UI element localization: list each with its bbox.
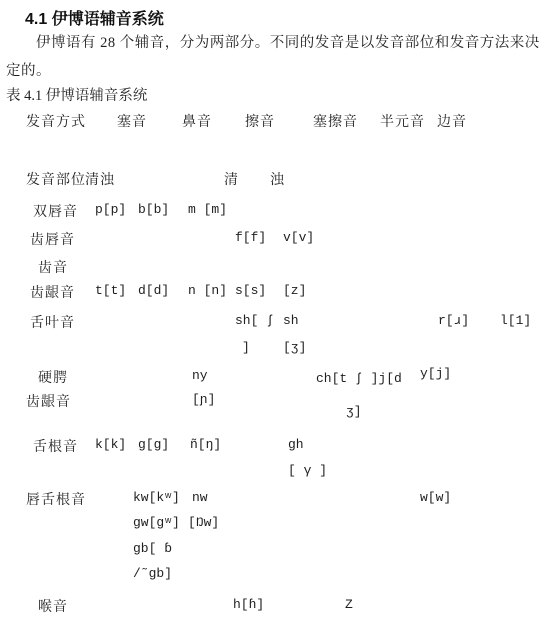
- cell-alveolar-t: t[t]: [95, 283, 126, 298]
- table-caption: 表 4.1 伊博语辅音系统: [6, 84, 147, 105]
- cell-bilabial-m: m [m]: [188, 202, 227, 217]
- cell-palatal-ch-line2: ʒ]: [346, 404, 362, 419]
- cell-pa-sh-line1: sh[ ʃ: [235, 313, 274, 328]
- cell-lv-gb-line2: /˜gb]: [133, 566, 172, 581]
- row-header-place: 发音部位: [26, 169, 86, 189]
- cell-alveolar-n: n [n]: [188, 283, 227, 298]
- cell-pa-zh-line1: sh: [283, 313, 299, 328]
- cell-glottal-z: Z: [345, 597, 353, 612]
- cell-velar-gh-line2: [ γ ]: [288, 463, 327, 478]
- col-header-semivowel: 半元音: [380, 111, 425, 131]
- row-label-palatoalveolar: 舌叶音: [30, 312, 75, 332]
- cell-alveolar-s: s[s]: [235, 283, 266, 298]
- paragraph-line: 定的。: [6, 59, 51, 80]
- cell-velar-ng: ñ[ŋ]: [190, 437, 221, 452]
- cell-bilabial-p: p[p]: [95, 202, 126, 217]
- cell-lv-nw: nw: [192, 490, 208, 505]
- col-header-lateral: 边音: [437, 111, 467, 131]
- cell-labiodental-f: f[f]: [235, 230, 266, 245]
- cell-glottal-h: h[ɦ]: [233, 597, 264, 612]
- row-label-alveolar: 齿龈音: [30, 282, 75, 302]
- paragraph-line: 伊博语有 28 个辅音，分为两部分。不同的发音是以发音部位和发音方法来决: [36, 31, 540, 52]
- section-heading: 4.1 伊博语辅音系统: [25, 6, 164, 29]
- row-label-alveolar-2: 齿龈音: [26, 391, 71, 411]
- cell-velar-k: k[k]: [95, 437, 126, 452]
- cell-pa-l: l[1]: [500, 313, 531, 328]
- cell-pa-r: r[ɹ]: [438, 313, 469, 328]
- voicing-pair-label: 清浊: [85, 169, 115, 189]
- col-header-fricative: 擦音: [245, 111, 275, 131]
- cell-lv-ngw: [Ŋw]: [188, 515, 219, 530]
- col-header-plosive: 塞音: [117, 111, 147, 131]
- cell-bilabial-b: b[b]: [138, 202, 169, 217]
- row-label-glottal: 喉音: [38, 596, 68, 616]
- cell-palatal-nj: [ɲ]: [192, 392, 215, 407]
- row-label-dental: 齿音: [38, 257, 68, 277]
- cell-lv-w: w[w]: [420, 490, 451, 505]
- cell-velar-g: g[g]: [138, 437, 169, 452]
- row-label-bilabial: 双唇音: [33, 201, 78, 221]
- cell-alveolar-d: d[d]: [138, 283, 169, 298]
- cell-pa-zh-line2: [ʒ]: [283, 340, 306, 355]
- cell-palatal-y: y[j]: [420, 366, 451, 381]
- cell-lv-gb-line1: gb[ ɓ: [133, 541, 172, 556]
- cell-palatal-ch: ch[t ʃ ]j[d: [316, 371, 402, 386]
- row-label-labiodental: 齿唇音: [30, 229, 75, 249]
- cell-alveolar-z: [z]: [283, 283, 306, 298]
- cell-velar-gh-line1: gh: [288, 437, 304, 452]
- row-label-labiovelar: 唇舌根音: [26, 489, 86, 509]
- row-label-palatal: 硬腭: [38, 367, 68, 387]
- row-label-velar: 舌根音: [33, 436, 78, 456]
- cell-lv-kw: kw[kʷ]: [133, 490, 180, 505]
- col-header-manner: 发音方式: [26, 111, 86, 131]
- col-header-nasal: 鼻音: [182, 111, 212, 131]
- col-header-affricate: 塞擦音: [313, 111, 358, 131]
- cell-labiodental-v: v[v]: [283, 230, 314, 245]
- cell-pa-sh-line2: ]: [242, 340, 250, 355]
- cell-palatal-ny: ny: [192, 368, 208, 383]
- cell-lv-gw: gw[gʷ]: [133, 515, 180, 530]
- voiceless-label: 清: [224, 169, 239, 189]
- document-page: 4.1 伊博语辅音系统 伊博语有 28 个辅音，分为两部分。不同的发音是以发音部…: [0, 0, 556, 638]
- voiced-label: 浊: [270, 169, 285, 189]
